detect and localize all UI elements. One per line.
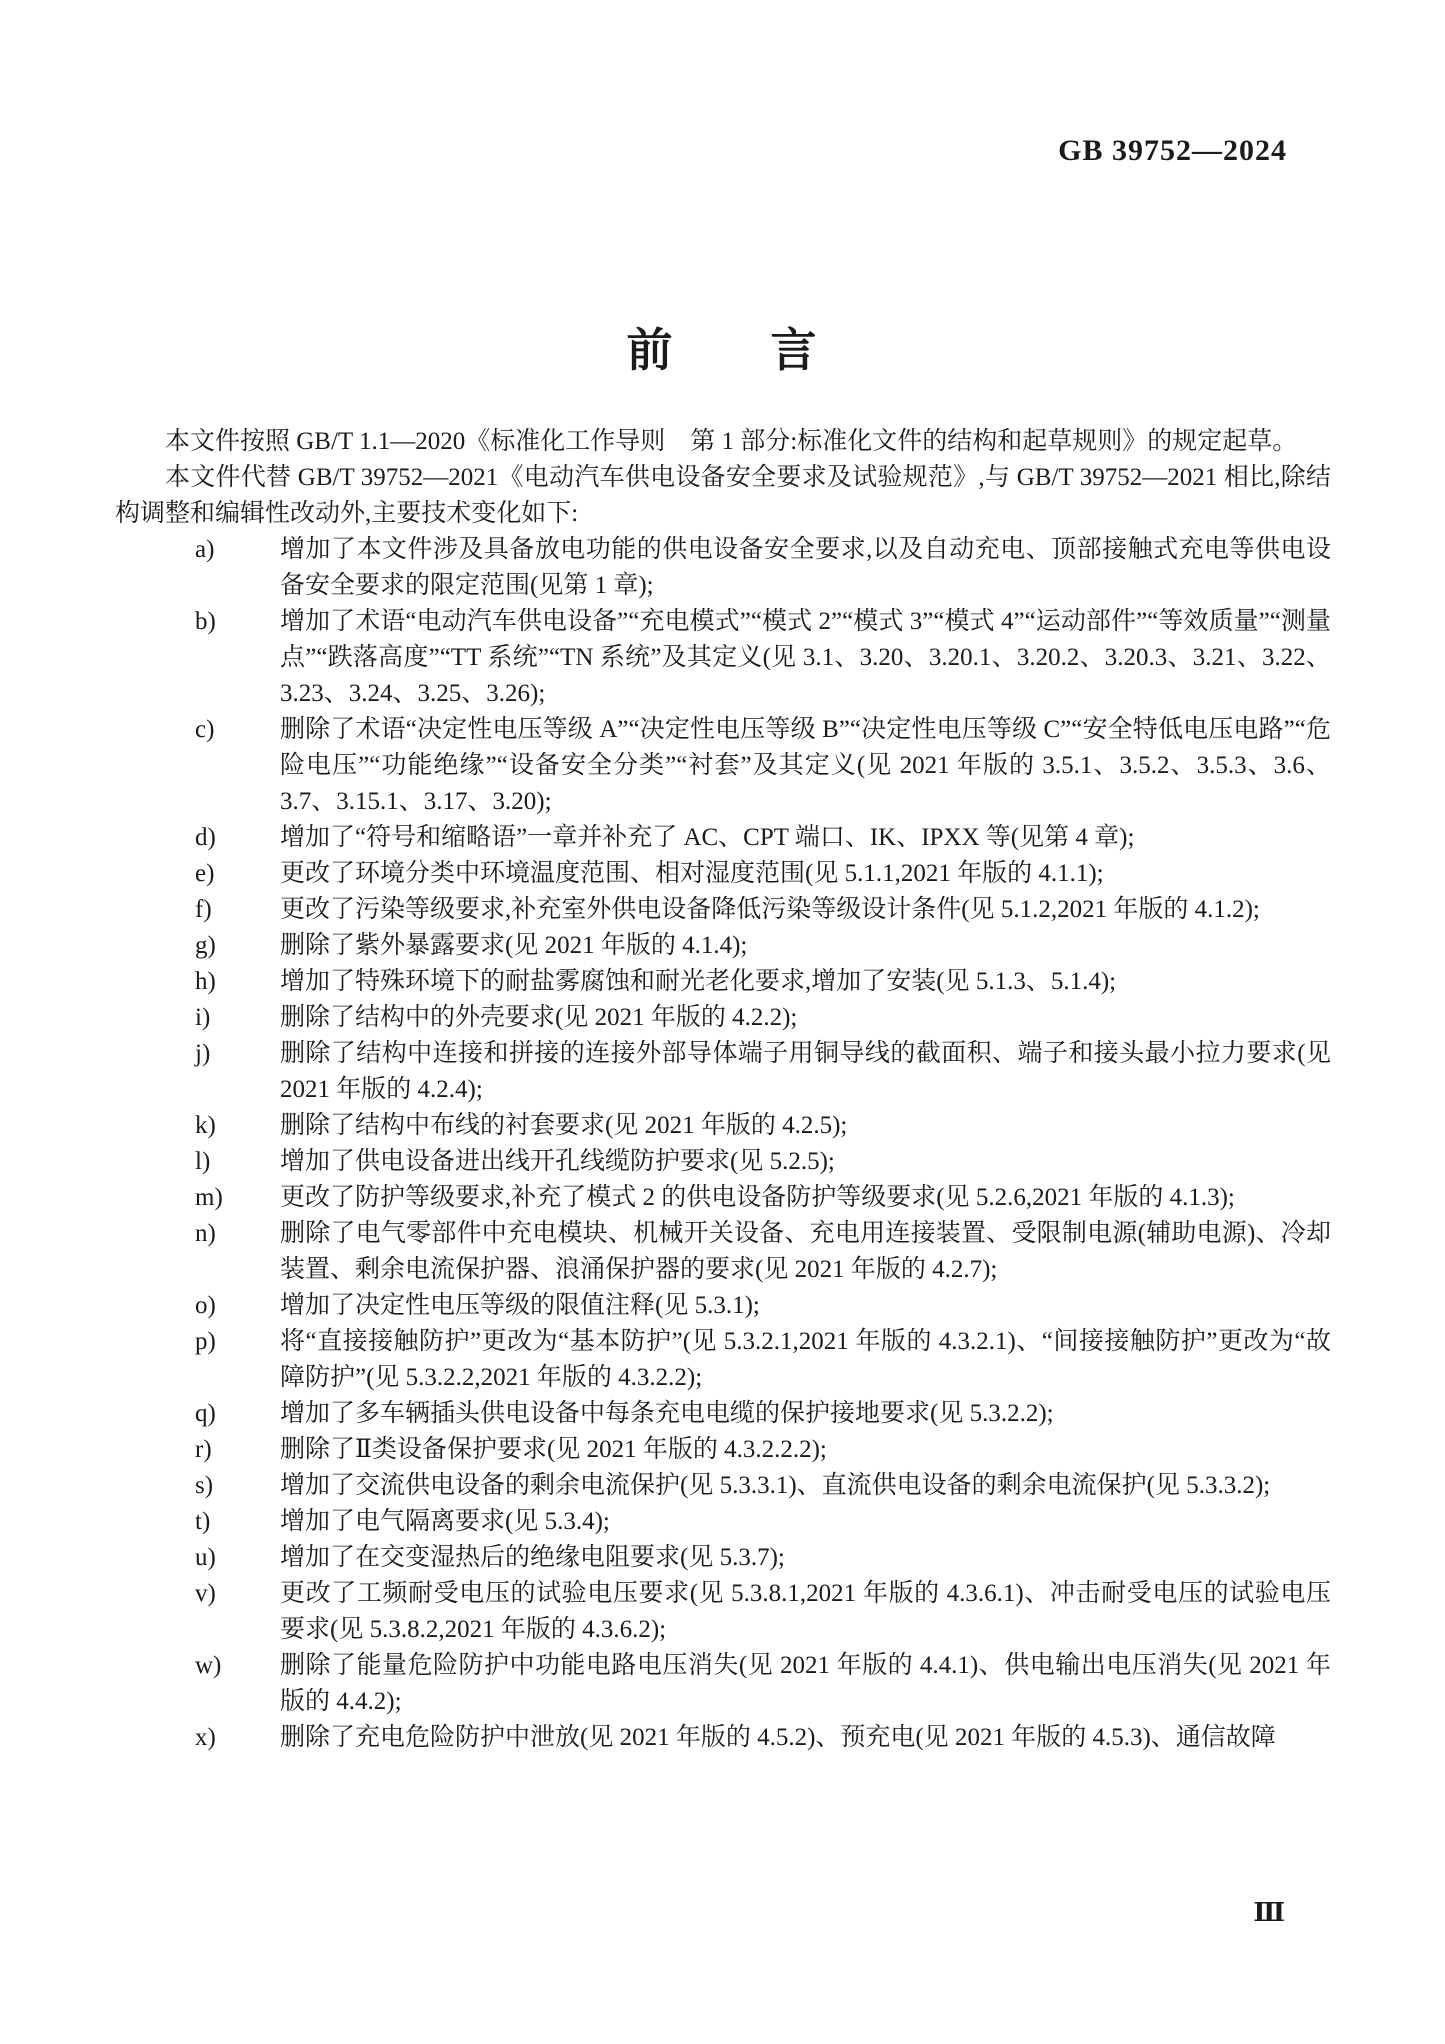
list-item: f) 更改了污染等级要求,补充室外供电设备降低污染等级设计条件(见 5.1.2,… (115, 892, 1331, 928)
list-item-text: 删除了Ⅱ类设备保护要求(见 2021 年版的 4.3.2.2.2); (280, 1436, 827, 1463)
list-item-label: s) (195, 1468, 213, 1504)
list-item-text: 增加了特殊环境下的耐盐雾腐蚀和耐光老化要求,增加了安装(见 5.1.3、5.1.… (280, 968, 1116, 995)
intro-section: 本文件按照 GB/T 1.1—2020《标准化工作导则 第 1 部分:标准化文件… (115, 424, 1331, 532)
list-item-label: v) (195, 1576, 216, 1612)
list-item-text: 更改了污染等级要求,补充室外供电设备降低污染等级设计条件(见 5.1.2,202… (280, 896, 1260, 923)
list-item: c) 删除了术语“决定性电压等级 A”“决定性电压等级 B”“决定性电压等级 C… (115, 712, 1331, 820)
standard-number: GB 39752—2024 (1058, 134, 1287, 168)
list-item-text: 增加了术语“电动汽车供电设备”“充电模式”“模式 2”“模式 3”“模式 4”“… (280, 608, 1331, 707)
list-item-text: 删除了结构中布线的衬套要求(见 2021 年版的 4.2.5); (280, 1112, 847, 1139)
list-item: w) 删除了能量危险防护中功能电路电压消失(见 2021 年版的 4.4.1)、… (115, 1648, 1331, 1720)
list-item: h) 增加了特殊环境下的耐盐雾腐蚀和耐光老化要求,增加了安装(见 5.1.3、5… (115, 964, 1331, 1000)
list-item: x) 删除了充电危险防护中泄放(见 2021 年版的 4.5.2)、预充电(见 … (115, 1720, 1331, 1756)
list-item-text: 删除了电气零部件中充电模块、机械开关设备、充电用连接装置、受限制电源(辅助电源)… (280, 1220, 1331, 1283)
list-item-text: 删除了结构中连接和拼接的连接外部导体端子用铜导线的截面积、端子和接头最小拉力要求… (280, 1040, 1331, 1103)
list-item-text: 增加了“符号和缩略语”一章并补充了 AC、CPT 端口、IK、IPXX 等(见第… (280, 824, 1134, 851)
list-item-label: g) (195, 928, 216, 964)
list-item-text: 增加了多车辆插头供电设备中每条充电电缆的保护接地要求(见 5.3.2.2); (280, 1400, 1054, 1427)
list-item-label: w) (195, 1648, 221, 1684)
list-item: j) 删除了结构中连接和拼接的连接外部导体端子用铜导线的截面积、端子和接头最小拉… (115, 1036, 1331, 1108)
list-item-label: i) (195, 1000, 210, 1036)
list-item-label: a) (195, 532, 214, 568)
list-item: t) 增加了电气隔离要求(见 5.3.4); (115, 1504, 1331, 1540)
list-item-label: m) (195, 1180, 223, 1216)
list-item-label: c) (195, 712, 214, 748)
list-item: s) 增加了交流供电设备的剩余电流保护(见 5.3.3.1)、直流供电设备的剩余… (115, 1468, 1331, 1504)
list-item-label: n) (195, 1216, 216, 1252)
list-item-text: 删除了能量危险防护中功能电路电压消失(见 2021 年版的 4.4.1)、供电输… (280, 1652, 1331, 1715)
list-item-label: p) (195, 1324, 216, 1360)
list-item-label: t) (195, 1504, 210, 1540)
list-item: g) 删除了紫外暴露要求(见 2021 年版的 4.1.4); (115, 928, 1331, 964)
list-item-text: 增加了决定性电压等级的限值注释(见 5.3.1); (280, 1292, 760, 1319)
list-item-text: 更改了工频耐受电压的试验电压要求(见 5.3.8.1,2021 年版的 4.3.… (280, 1580, 1331, 1643)
document-page: GB 39752—2024 前 言 本文件按照 GB/T 1.1—2020《标准… (0, 0, 1445, 2044)
list-item-label: x) (195, 1720, 216, 1756)
list-item: i) 删除了结构中的外壳要求(见 2021 年版的 4.2.2); (115, 1000, 1331, 1036)
list-item-label: f) (195, 892, 212, 928)
list-item: d) 增加了“符号和缩略语”一章并补充了 AC、CPT 端口、IK、IPXX 等… (115, 820, 1331, 856)
list-item: b) 增加了术语“电动汽车供电设备”“充电模式”“模式 2”“模式 3”“模式 … (115, 604, 1331, 712)
list-item-text: 增加了本文件涉及具备放电功能的供电设备安全要求,以及自动充电、顶部接触式充电等供… (280, 536, 1331, 599)
list-item-text: 增加了在交变湿热后的绝缘电阻要求(见 5.3.7); (280, 1544, 785, 1571)
list-item-text: 更改了环境分类中环境温度范围、相对湿度范围(见 5.1.1,2021 年版的 4… (280, 860, 1104, 887)
list-item-label: q) (195, 1396, 216, 1432)
list-item-text: 删除了结构中的外壳要求(见 2021 年版的 4.2.2); (280, 1004, 797, 1031)
list-item-label: o) (195, 1288, 216, 1324)
page-title: 前 言 (0, 314, 1445, 380)
list-item-label: b) (195, 604, 216, 640)
list-item: n) 删除了电气零部件中充电模块、机械开关设备、充电用连接装置、受限制电源(辅助… (115, 1216, 1331, 1288)
list-item: p) 将“直接接触防护”更改为“基本防护”(见 5.3.2.1,2021 年版的… (115, 1324, 1331, 1396)
list-item-text: 删除了术语“决定性电压等级 A”“决定性电压等级 B”“决定性电压等级 C”“安… (280, 716, 1331, 815)
list-item-text: 更改了防护等级要求,补充了模式 2 的供电设备防护等级要求(见 5.2.6,20… (280, 1184, 1235, 1211)
list-item: e) 更改了环境分类中环境温度范围、相对湿度范围(见 5.1.1,2021 年版… (115, 856, 1331, 892)
list-item-label: u) (195, 1540, 216, 1576)
list-item-text: 增加了电气隔离要求(见 5.3.4); (280, 1508, 610, 1535)
intro-paragraph: 本文件代替 GB/T 39752—2021《电动汽车供电设备安全要求及试验规范》… (115, 460, 1331, 532)
page-number: Ⅲ (1253, 1898, 1285, 1928)
list-item-label: r) (195, 1432, 212, 1468)
list-item-label: k) (195, 1108, 216, 1144)
list-item-label: d) (195, 820, 216, 856)
list-item-text: 删除了紫外暴露要求(见 2021 年版的 4.1.4); (280, 932, 747, 959)
list-item-label: l) (195, 1144, 210, 1180)
list-item: k) 删除了结构中布线的衬套要求(见 2021 年版的 4.2.5); (115, 1108, 1331, 1144)
list-item: l) 增加了供电设备进出线开孔线缆防护要求(见 5.2.5); (115, 1144, 1331, 1180)
list-item-label: h) (195, 964, 216, 1000)
list-item-label: j) (195, 1036, 210, 1072)
list-item-text: 删除了充电危险防护中泄放(见 2021 年版的 4.5.2)、预充电(见 202… (280, 1724, 1276, 1751)
list-item: r) 删除了Ⅱ类设备保护要求(见 2021 年版的 4.3.2.2.2); (115, 1432, 1331, 1468)
list-item: a) 增加了本文件涉及具备放电功能的供电设备安全要求,以及自动充电、顶部接触式充… (115, 532, 1331, 604)
list-item: q) 增加了多车辆插头供电设备中每条充电电缆的保护接地要求(见 5.3.2.2)… (115, 1396, 1331, 1432)
intro-paragraph: 本文件按照 GB/T 1.1—2020《标准化工作导则 第 1 部分:标准化文件… (115, 424, 1331, 460)
list-item-text: 增加了供电设备进出线开孔线缆防护要求(见 5.2.5); (280, 1148, 835, 1175)
list-item-label: e) (195, 856, 214, 892)
list-item: m) 更改了防护等级要求,补充了模式 2 的供电设备防护等级要求(见 5.2.6… (115, 1180, 1331, 1216)
list-item: o) 增加了决定性电压等级的限值注释(见 5.3.1); (115, 1288, 1331, 1324)
list-item-text: 增加了交流供电设备的剩余电流保护(见 5.3.3.1)、直流供电设备的剩余电流保… (280, 1472, 1270, 1499)
list-item-text: 将“直接接触防护”更改为“基本防护”(见 5.3.2.1,2021 年版的 4.… (280, 1328, 1331, 1391)
list-item: v) 更改了工频耐受电压的试验电压要求(见 5.3.8.1,2021 年版的 4… (115, 1576, 1331, 1648)
changes-list: a) 增加了本文件涉及具备放电功能的供电设备安全要求,以及自动充电、顶部接触式充… (115, 532, 1331, 1756)
document-body: 本文件按照 GB/T 1.1—2020《标准化工作导则 第 1 部分:标准化文件… (115, 424, 1331, 1756)
list-item: u) 增加了在交变湿热后的绝缘电阻要求(见 5.3.7); (115, 1540, 1331, 1576)
